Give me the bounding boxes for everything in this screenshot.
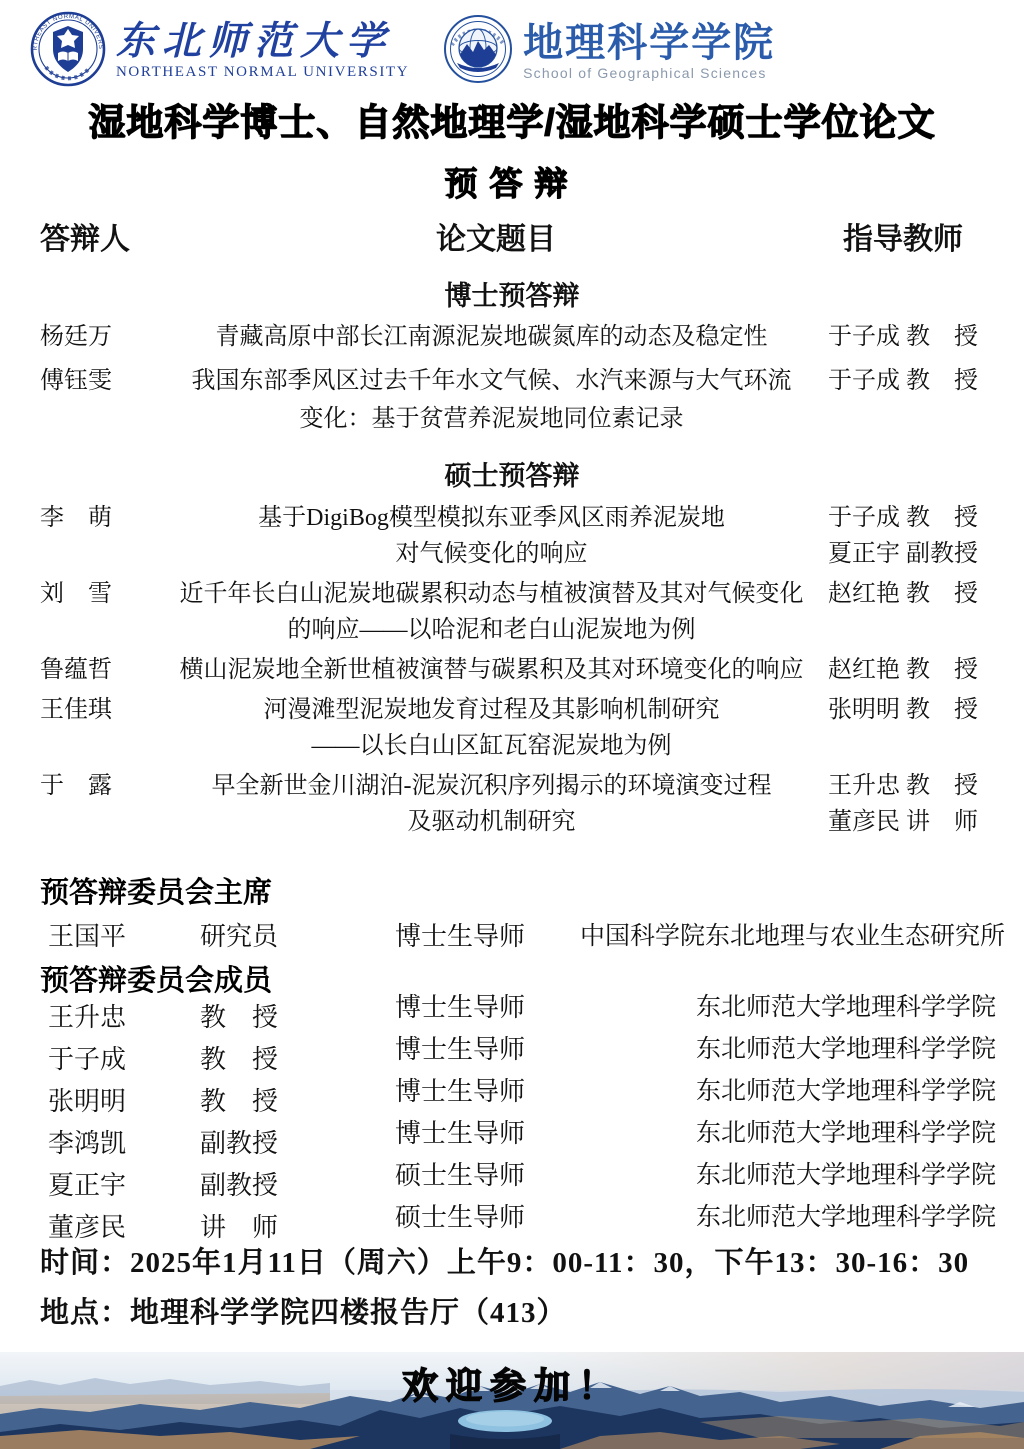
school-name-en: School of Geographical Sciences bbox=[523, 65, 775, 82]
thesis-title-line: 变化：基于贫营养泥炭地同位素记录 bbox=[165, 400, 818, 438]
member-name: 张明明 bbox=[40, 1087, 200, 1117]
poster-root: { "header": { "university": { "cn": "东北师… bbox=[0, 0, 1024, 1449]
advisor-cell: 赵红艳 教 授 bbox=[818, 652, 996, 688]
committee-chair-heading: 预答辩委员会主席 bbox=[40, 870, 272, 911]
committee-members-table: 王升忠 教 授 博士生导师 东北师范大学地理科学学院 于子成 教 授 博士生导师… bbox=[40, 996, 996, 1248]
defense-row: 王佳琪 河漫滩型泥炭地发育过程及其影响机制研究 ——以长白山区缸瓦窑泥炭地为例 … bbox=[40, 692, 996, 764]
column-header-advisor: 指导教师 bbox=[843, 214, 963, 258]
member-affiliation: 东北师范大学地理科学学院 bbox=[580, 1035, 996, 1065]
member-role: 博士生导师 bbox=[395, 922, 580, 952]
thesis-title: 横山泥炭地全新世植被演替与碳累积及其对环境变化的响应 bbox=[165, 652, 818, 688]
university-logo-text: 东北师范大学 NORTHEAST NORMAL UNIVERSITY bbox=[116, 21, 409, 81]
location-line: 地点：地理科学学院四楼报告厅（413） bbox=[40, 1296, 567, 1330]
defense-table-phd: 杨廷万 青藏高原中部长江南源泥炭地碳氮库的动态及稳定性 于子成 教 授 傅钰雯 … bbox=[40, 318, 996, 444]
thesis-title: 近千年长白山泥炭地碳累积动态与植被演替及其对气候变化 的响应——以哈泥和老白山泥… bbox=[165, 576, 818, 648]
thesis-title-line: ——以长白山区缸瓦窑泥炭地为例 bbox=[165, 728, 818, 764]
member-title: 副教授 bbox=[200, 1171, 395, 1201]
defense-row: 于 露 早全新世金川湖泊-泥炭沉积序列揭示的环境演变过程 及驱动机制研究 王升忠… bbox=[40, 768, 996, 840]
member-affiliation: 中国科学院东北地理与农业生态研究所 bbox=[580, 922, 1005, 952]
candidate-name: 鲁蕴哲 bbox=[40, 652, 165, 688]
advisor-line: 董彦民 讲 师 bbox=[828, 804, 996, 840]
thesis-title-line: 对气候变化的响应 bbox=[165, 536, 818, 572]
member-role: 硕士生导师 bbox=[395, 1203, 580, 1233]
candidate-name: 杨廷万 bbox=[40, 318, 165, 356]
school-seal-icon bbox=[443, 14, 513, 89]
member-affiliation: 东北师范大学地理科学学院 bbox=[580, 993, 996, 1023]
member-name: 董彦民 bbox=[40, 1213, 200, 1243]
advisor-line: 于子成 教 授 bbox=[828, 500, 996, 536]
committee-member-row: 董彦民 讲 师 硕士生导师 东北师范大学地理科学学院 bbox=[40, 1206, 996, 1248]
member-title: 教 授 bbox=[200, 1087, 395, 1117]
school-name-cn: 地理科学学院 bbox=[523, 21, 775, 65]
poster-title-line1: 湿地科学博士、自然地理学/湿地科学硕士学位论文 bbox=[0, 92, 1024, 146]
member-role: 博士生导师 bbox=[395, 1119, 580, 1149]
member-role: 硕士生导师 bbox=[395, 1161, 580, 1191]
committee-member-row: 王升忠 教 授 博士生导师 东北师范大学地理科学学院 bbox=[40, 996, 996, 1038]
committee-member-row: 夏正宇 副教授 硕士生导师 东北师范大学地理科学学院 bbox=[40, 1164, 996, 1206]
defense-row: 刘 雪 近千年长白山泥炭地碳累积动态与植被演替及其对气候变化 的响应——以哈泥和… bbox=[40, 576, 996, 648]
welcome-text: 欢迎参加！ bbox=[0, 1358, 1024, 1409]
thesis-title-line: 的响应——以哈泥和老白山泥炭地为例 bbox=[165, 612, 818, 648]
member-name: 夏正宇 bbox=[40, 1171, 200, 1201]
section-heading-phd: 博士预答辩 bbox=[0, 274, 1024, 313]
header-logos: NORTHEAST NORMAL UNIVERSITY 东北师范大学 NORTH… bbox=[30, 12, 1004, 90]
landscape-photo: 欢迎参加！ bbox=[0, 1352, 1024, 1449]
column-header-candidate: 答辩人 bbox=[40, 214, 130, 258]
defense-table-masters: 李 萌 基于DigiBog模型模拟东亚季风区雨养泥炭地 对气候变化的响应 于子成… bbox=[40, 500, 996, 844]
advisor-line: 于子成 教 授 bbox=[828, 318, 996, 356]
committee-chair-row: 王国平 研究员 博士生导师 中国科学院东北地理与农业生态研究所 bbox=[40, 922, 996, 952]
thesis-title-line: 河漫滩型泥炭地发育过程及其影响机制研究 bbox=[165, 692, 818, 728]
section-heading-masters: 硕士预答辩 bbox=[0, 454, 1024, 493]
time-line: 时间：2025年1月11日（周六）上午9：00-11：30，下午13：30-16… bbox=[40, 1246, 969, 1280]
thesis-title-line: 近千年长白山泥炭地碳累积动态与植被演替及其对气候变化 bbox=[165, 576, 818, 612]
advisor-cell: 王升忠 教 授 董彦民 讲 师 bbox=[818, 768, 996, 840]
member-title: 研究员 bbox=[200, 922, 395, 952]
school-logo-text: 地理科学学院 School of Geographical Sciences bbox=[523, 21, 775, 82]
thesis-title-line: 及驱动机制研究 bbox=[165, 804, 818, 840]
member-name: 于子成 bbox=[40, 1045, 200, 1075]
member-role: 博士生导师 bbox=[395, 1035, 580, 1065]
university-seal-icon: NORTHEAST NORMAL UNIVERSITY bbox=[30, 11, 106, 92]
poster-title-line2: 预答辩 bbox=[0, 158, 1024, 205]
defense-row: 傅钰雯 我国东部季风区过去千年水文气候、水汽来源与大气环流 变化：基于贫营养泥炭… bbox=[40, 362, 996, 438]
thesis-title-line: 横山泥炭地全新世植被演替与碳累积及其对环境变化的响应 bbox=[165, 652, 818, 688]
advisor-line: 张明明 教 授 bbox=[828, 692, 996, 728]
candidate-name: 于 露 bbox=[40, 768, 165, 840]
advisor-cell: 于子成 教 授 bbox=[818, 318, 996, 356]
column-header-thesis: 论文题目 bbox=[436, 214, 556, 258]
advisor-line: 赵红艳 教 授 bbox=[828, 652, 996, 688]
thesis-title: 早全新世金川湖泊-泥炭沉积序列揭示的环境演变过程 及驱动机制研究 bbox=[165, 768, 818, 840]
committee-member-row: 张明明 教 授 博士生导师 东北师范大学地理科学学院 bbox=[40, 1080, 996, 1122]
member-name: 王国平 bbox=[40, 922, 200, 952]
candidate-name: 傅钰雯 bbox=[40, 362, 165, 438]
member-affiliation: 东北师范大学地理科学学院 bbox=[580, 1077, 996, 1107]
candidate-name: 王佳琪 bbox=[40, 692, 165, 764]
member-role: 博士生导师 bbox=[395, 993, 580, 1023]
advisor-cell: 于子成 教 授 bbox=[818, 362, 996, 438]
defense-row: 杨廷万 青藏高原中部长江南源泥炭地碳氮库的动态及稳定性 于子成 教 授 bbox=[40, 318, 996, 356]
thesis-title-line: 我国东部季风区过去千年水文气候、水汽来源与大气环流 bbox=[165, 362, 818, 400]
advisor-line: 王升忠 教 授 bbox=[828, 768, 996, 804]
candidate-name: 李 萌 bbox=[40, 500, 165, 572]
defense-row: 李 萌 基于DigiBog模型模拟东亚季风区雨养泥炭地 对气候变化的响应 于子成… bbox=[40, 500, 996, 572]
member-affiliation: 东北师范大学地理科学学院 bbox=[580, 1119, 996, 1149]
thesis-title: 基于DigiBog模型模拟东亚季风区雨养泥炭地 对气候变化的响应 bbox=[165, 500, 818, 572]
thesis-title-line: 早全新世金川湖泊-泥炭沉积序列揭示的环境演变过程 bbox=[165, 768, 818, 804]
member-name: 王升忠 bbox=[40, 1003, 200, 1033]
thesis-title: 青藏高原中部长江南源泥炭地碳氮库的动态及稳定性 bbox=[165, 318, 818, 356]
advisor-cell: 张明明 教 授 bbox=[818, 692, 996, 764]
member-title: 讲 师 bbox=[200, 1213, 395, 1243]
advisor-line: 于子成 教 授 bbox=[828, 362, 996, 400]
member-title: 教 授 bbox=[200, 1045, 395, 1075]
column-header-row: 答辩人 论文题目 指导教师 bbox=[0, 214, 1024, 250]
advisor-line: 赵红艳 教 授 bbox=[828, 576, 996, 612]
member-role: 博士生导师 bbox=[395, 1077, 580, 1107]
school-logo: 地理科学学院 School of Geographical Sciences bbox=[443, 14, 775, 89]
committee-member-row: 李鸿凯 副教授 博士生导师 东北师范大学地理科学学院 bbox=[40, 1122, 996, 1164]
candidate-name: 刘 雪 bbox=[40, 576, 165, 648]
committee-member-row: 于子成 教 授 博士生导师 东北师范大学地理科学学院 bbox=[40, 1038, 996, 1080]
committee-members-heading: 预答辩委员会成员 bbox=[40, 958, 272, 999]
advisor-line: 夏正宇 副教授 bbox=[828, 536, 996, 572]
member-title: 副教授 bbox=[200, 1129, 395, 1159]
member-affiliation: 东北师范大学地理科学学院 bbox=[580, 1161, 996, 1191]
university-logo: NORTHEAST NORMAL UNIVERSITY 东北师范大学 NORTH… bbox=[30, 11, 409, 92]
thesis-title-line: 基于DigiBog模型模拟东亚季风区雨养泥炭地 bbox=[165, 500, 818, 536]
thesis-title: 河漫滩型泥炭地发育过程及其影响机制研究 ——以长白山区缸瓦窑泥炭地为例 bbox=[165, 692, 818, 764]
defense-row: 鲁蕴哲 横山泥炭地全新世植被演替与碳累积及其对环境变化的响应 赵红艳 教 授 bbox=[40, 652, 996, 688]
advisor-cell: 于子成 教 授 夏正宇 副教授 bbox=[818, 500, 996, 572]
advisor-cell: 赵红艳 教 授 bbox=[818, 576, 996, 648]
member-affiliation: 东北师范大学地理科学学院 bbox=[580, 1203, 996, 1233]
university-name-cn: 东北师范大学 bbox=[116, 21, 409, 63]
thesis-title-line: 青藏高原中部长江南源泥炭地碳氮库的动态及稳定性 bbox=[165, 318, 818, 356]
member-title: 教 授 bbox=[200, 1003, 395, 1033]
university-name-en: NORTHEAST NORMAL UNIVERSITY bbox=[116, 63, 409, 81]
thesis-title: 我国东部季风区过去千年水文气候、水汽来源与大气环流 变化：基于贫营养泥炭地同位素… bbox=[165, 362, 818, 438]
member-name: 李鸿凯 bbox=[40, 1129, 200, 1159]
